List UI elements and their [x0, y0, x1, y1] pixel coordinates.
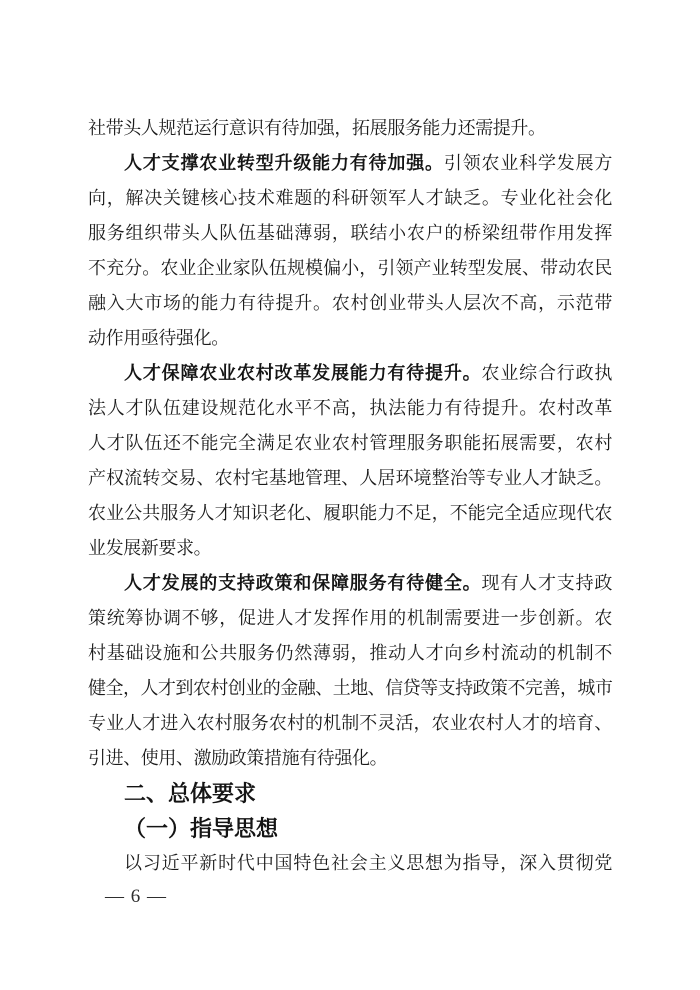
text-line: 服务组织带头人队伍基础薄弱，联结小农户的桥梁纽带作用发挥: [88, 216, 612, 251]
paragraph-lead-line: 人才发展的支持政策和保障服务有待健全。现有人才支持政: [88, 566, 612, 601]
text-line: 社带头人规范运行意识有待加强，拓展服务能力还需提升。: [88, 111, 612, 146]
subsection-heading: （一）指导思想: [88, 811, 612, 846]
section-heading: 二、总体要求: [88, 776, 612, 811]
text-line: 策统筹协调不够，促进人才发挥作用的机制需要进一步创新。农: [88, 601, 612, 636]
text-line: 融入大市场的能力有待提升。农村创业带头人层次不高，示范带: [88, 286, 612, 321]
body-text: 社带头人规范运行意识有待加强，拓展服务能力还需提升。 人才支撑农业转型升级能力有…: [88, 111, 612, 881]
text-run: 农业综合行政执: [482, 363, 613, 383]
text-line: 产权流转交易、农村宅基地管理、人居环境整治等专业人才缺乏。: [88, 461, 612, 496]
paragraph-lead-line: 人才支撑农业转型升级能力有待加强。引领农业科学发展方: [88, 146, 612, 181]
text-line: 不充分。农业企业家队伍规模偏小，引领产业转型发展、带动农民: [88, 251, 612, 286]
paragraph-lead-bold: 人才发展的支持政策和保障服务有待健全。: [124, 573, 482, 593]
text-line: 专业人才进入农村服务农村的机制不灵活，农业农村人才的培育、: [88, 706, 612, 741]
paragraph-end-line: 引进、使用、激励政策措施有待强化。: [88, 741, 612, 776]
text-line: 农业公共服务人才知识老化、履职能力不足，不能完全适应现代农: [88, 496, 612, 531]
paragraph-lead-bold: 人才保障农业农村改革发展能力有待提升。: [124, 363, 482, 383]
text-line: 健全，人才到农村创业的金融、土地、信贷等支持政策不完善，城市: [88, 671, 612, 706]
text-run: 引领农业科学发展方: [444, 153, 612, 173]
text-line: 人才队伍还不能完全满足农业农村管理服务职能拓展需要，农村: [88, 426, 612, 461]
document-page: 社带头人规范运行意识有待加强，拓展服务能力还需提升。 人才支撑农业转型升级能力有…: [0, 0, 700, 990]
text-line: 以习近平新时代中国特色社会主义思想为指导，深入贯彻党: [88, 846, 612, 881]
paragraph-end-line: 业发展新要求。: [88, 531, 612, 566]
paragraph-lead-line: 人才保障农业农村改革发展能力有待提升。农业综合行政执: [88, 356, 612, 391]
text-run: 现有人才支持政: [482, 573, 613, 593]
text-line: 向，解决关键核心技术难题的科研领军人才缺乏。专业化社会化: [88, 181, 612, 216]
text-line: 村基础设施和公共服务仍然薄弱，推动人才向乡村流动的机制不: [88, 636, 612, 671]
page-number: — 6 —: [105, 884, 167, 910]
text-line: 法人才队伍建设规范化水平不高，执法能力有待提升。农村改革: [88, 391, 612, 426]
paragraph-lead-bold: 人才支撑农业转型升级能力有待加强。: [124, 153, 444, 173]
paragraph-end-line: 动作用亟待强化。: [88, 321, 612, 356]
